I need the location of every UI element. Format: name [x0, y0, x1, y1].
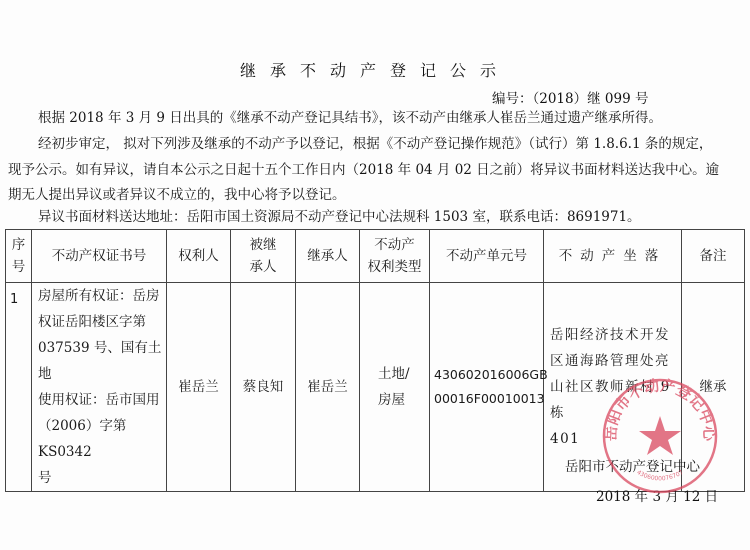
header-remark: 备注 — [682, 230, 745, 283]
paragraph-review-line2: 现予公示。如有异议，请自本公示之日起十五个工作日内（2018 年 04 月 02… — [8, 159, 719, 182]
signature-date: 2018 年 3 月 12 日 — [596, 485, 718, 505]
paragraph-address: 异议书面材料送达地址：岳阳市国土资源局不动产登记中心法规科 1503 室，联系电… — [38, 206, 641, 229]
header-owner: 权利人 — [167, 230, 231, 283]
document-title: 继承不动产登记公示 — [0, 58, 750, 81]
header-seq: 序号 — [6, 230, 32, 283]
registration-table: 序号 不动产权证书号 权利人 被继承人 继承人 不动产权利类型 不动产单元号 不… — [5, 229, 745, 492]
cell-heir: 崔岳兰 — [296, 283, 360, 492]
cell-decedent: 蔡良知 — [231, 283, 296, 492]
header-unit-no: 不动产单元号 — [430, 230, 544, 283]
paragraph-basis: 根据 2018 年 3 月 9 日出具的《继承不动产登记具结书》，该不动产由继承… — [38, 107, 662, 130]
paragraph-review-line3: 期无人提出异议或者异议不成立的，我中心将予以登记。 — [8, 184, 346, 207]
document-number: 编号：（2018）继 099 号 — [492, 87, 648, 107]
cell-cert: 房屋所有权证：岳房 权证岳阳楼区字第 037539 号、国有土地 使用权证：岳市… — [32, 283, 167, 492]
header-heir: 继承人 — [296, 230, 360, 283]
header-location: 不动产坐落 — [544, 230, 682, 283]
cell-owner: 崔岳兰 — [167, 283, 231, 492]
table-header-row: 序号 不动产权证书号 权利人 被继承人 继承人 不动产权利类型 不动产单元号 不… — [6, 230, 745, 283]
header-cert: 不动产权证书号 — [32, 230, 167, 283]
cell-seq: 1 — [6, 283, 32, 492]
paragraph-review-line1: 经初步审定， 拟对下列涉及继承的不动产予以登记，根据《不动产登记操作规范》（试行… — [38, 133, 712, 156]
cell-unit-no: 430602016006GB00016F00010013 — [430, 283, 544, 492]
header-right-type: 不动产权利类型 — [360, 230, 430, 283]
signature-org: 岳阳市不动产登记中心 — [565, 455, 700, 475]
cell-right-type: 土地/房屋 — [360, 283, 430, 492]
header-decedent: 被继承人 — [231, 230, 296, 283]
